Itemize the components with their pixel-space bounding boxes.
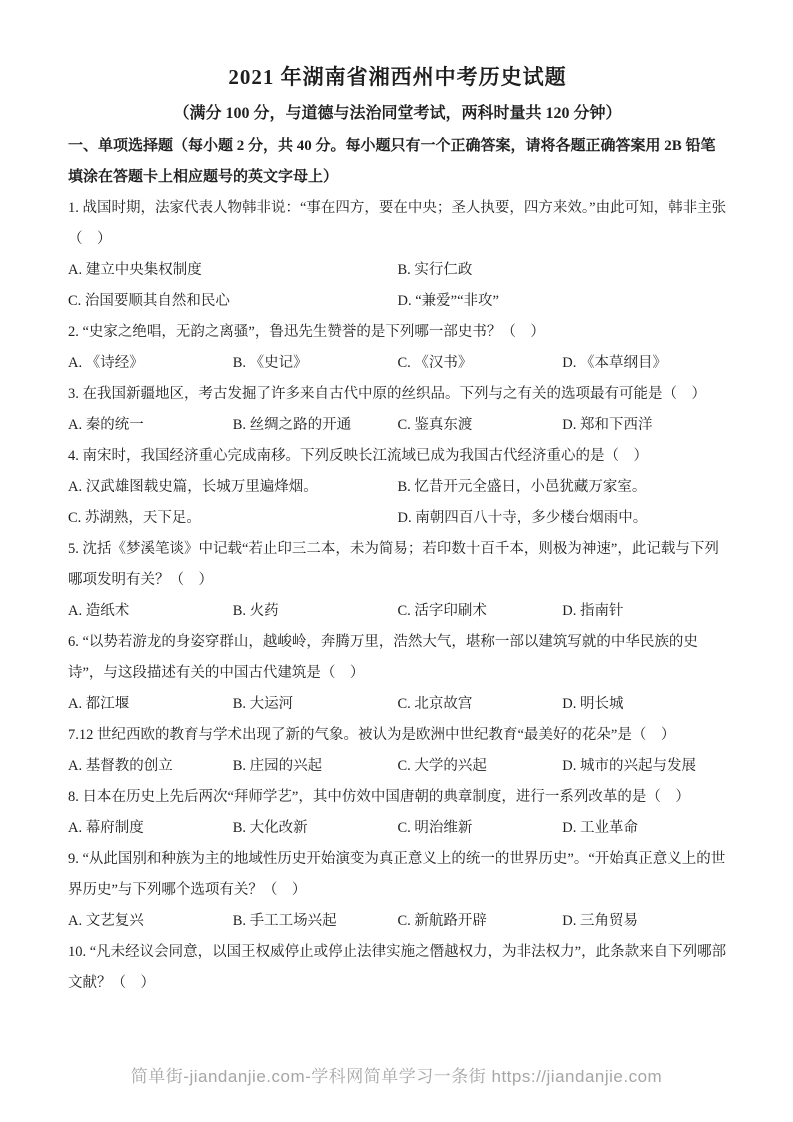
- question-9-option-b: B. 手工工场兴起: [233, 906, 398, 937]
- question-4-options: A. 汉武雄图载史篇，长城万里遍烽烟。 B. 忆昔开元全盛日，小邑犹藏万家室。 …: [68, 472, 727, 534]
- question-6-text: 6. “以势若游龙的身姿穿群山，越峻岭，奔腾万里，浩然大气，堪称一部以建筑写就的…: [68, 627, 727, 689]
- question-1-options: A. 建立中央集权制度 B. 实行仁政 C. 治国要顺其自然和民心 D. “兼爱…: [68, 255, 727, 317]
- question-10-text: 10. “凡未经议会同意，以国王权威停止或停止法律实施之僭越权力，为非法权力”，…: [68, 937, 727, 999]
- question-3-option-a: A. 秦的统一: [68, 410, 233, 441]
- question-2-option-a: A. 《诗经》: [68, 348, 233, 379]
- question-8-option-b: B. 大化改新: [233, 813, 398, 844]
- question-5-text: 5. 沈括《梦溪笔谈》中记载“若止印三二本，未为简易；若印数十百千本，则极为神速…: [68, 534, 727, 596]
- question-1-option-a: A. 建立中央集权制度: [68, 255, 398, 286]
- question-6-option-b: B. 大运河: [233, 689, 398, 720]
- question-3-options: A. 秦的统一 B. 丝绸之路的开通 C. 鉴真东渡 D. 郑和下西洋: [68, 410, 727, 441]
- question-3-text: 3. 在我国新疆地区，考古发掘了许多来自古代中原的丝织品。下列与之有关的选项最有…: [68, 379, 727, 410]
- question-2-option-d: D. 《本草纲目》: [562, 348, 727, 379]
- question-7: 7.12 世纪西欧的教育与学术出现了新的气象。被认为是欧洲中世纪教育“最美好的花…: [68, 720, 727, 782]
- question-8-option-d: D. 工业革命: [562, 813, 727, 844]
- question-4-option-a: A. 汉武雄图载史篇，长城万里遍烽烟。: [68, 472, 398, 503]
- page-title: 2021 年湖南省湘西州中考历史试题: [68, 62, 727, 92]
- question-6-option-c: C. 北京故宫: [398, 689, 563, 720]
- exam-subtitle: （满分 100 分，与道德与法治同堂考试，两科时量共 120 分钟）: [68, 98, 727, 129]
- question-4-option-d: D. 南朝四百八十寺，多少楼台烟雨中。: [398, 503, 728, 534]
- question-6-option-d: D. 明长城: [562, 689, 727, 720]
- question-9-options: A. 文艺复兴 B. 手工工场兴起 C. 新航路开辟 D. 三角贸易: [68, 906, 727, 937]
- question-1-option-c: C. 治国要顺其自然和民心: [68, 286, 398, 317]
- question-4-option-b: B. 忆昔开元全盛日，小邑犹藏万家室。: [398, 472, 728, 503]
- question-3-option-d: D. 郑和下西洋: [562, 410, 727, 441]
- question-5: 5. 沈括《梦溪笔谈》中记载“若止印三二本，未为简易；若印数十百千本，则极为神速…: [68, 534, 727, 627]
- question-7-text: 7.12 世纪西欧的教育与学术出现了新的气象。被认为是欧洲中世纪教育“最美好的花…: [68, 720, 727, 751]
- question-2-options: A. 《诗经》 B. 《史记》 C. 《汉书》 D. 《本草纲目》: [68, 348, 727, 379]
- question-4-option-c: C. 苏湖熟，天下足。: [68, 503, 398, 534]
- question-9-option-d: D. 三角贸易: [562, 906, 727, 937]
- question-4: 4. 南宋时，我国经济重心完成南移。下列反映长江流域已成为我国古代经济重心的是（…: [68, 441, 727, 534]
- exam-paper-page: 2021 年湖南省湘西州中考历史试题 （满分 100 分，与道德与法治同堂考试，…: [0, 0, 793, 1122]
- question-8-option-a: A. 幕府制度: [68, 813, 233, 844]
- question-6: 6. “以势若游龙的身姿穿群山，越峻岭，奔腾万里，浩然大气，堪称一部以建筑写就的…: [68, 627, 727, 720]
- question-8-text: 8. 日本在历史上先后两次“拜师学艺”，其中仿效中国唐朝的典章制度，进行一系列改…: [68, 782, 727, 813]
- question-1-option-d: D. “兼爱”“非攻”: [398, 286, 728, 317]
- section-heading: 一、单项选择题（每小题 2 分，共 40 分。每小题只有一个正确答案，请将各题正…: [68, 131, 727, 193]
- question-3-option-c: C. 鉴真东渡: [398, 410, 563, 441]
- question-2-option-c: C. 《汉书》: [398, 348, 563, 379]
- question-8-options: A. 幕府制度 B. 大化改新 C. 明治维新 D. 工业革命: [68, 813, 727, 844]
- watermark-footer: 简单街-jiandanjie.com-学科网简单学习一条街 https://ji…: [0, 1062, 793, 1087]
- question-5-options: A. 造纸术 B. 火药 C. 活字印刷术 D. 指南针: [68, 596, 727, 627]
- question-3-option-b: B. 丝绸之路的开通: [233, 410, 398, 441]
- question-7-option-c: C. 大学的兴起: [398, 751, 563, 782]
- question-1-text: 1. 战国时期，法家代表人物韩非说：“事在四方，要在中央；圣人执要，四方来效。”…: [68, 193, 727, 255]
- page-content: 2021 年湖南省湘西州中考历史试题 （满分 100 分，与道德与法治同堂考试，…: [68, 62, 727, 999]
- question-1: 1. 战国时期，法家代表人物韩非说：“事在四方，要在中央；圣人执要，四方来效。”…: [68, 193, 727, 317]
- question-7-options: A. 基督教的创立 B. 庄园的兴起 C. 大学的兴起 D. 城市的兴起与发展: [68, 751, 727, 782]
- question-9-option-a: A. 文艺复兴: [68, 906, 233, 937]
- question-2-option-b: B. 《史记》: [233, 348, 398, 379]
- question-5-option-a: A. 造纸术: [68, 596, 233, 627]
- question-7-option-b: B. 庄园的兴起: [233, 751, 398, 782]
- question-5-option-d: D. 指南针: [562, 596, 727, 627]
- question-5-option-c: C. 活字印刷术: [398, 596, 563, 627]
- question-9-text: 9. “从此国别和种族为主的地域性历史开始演变为真正意义上的统一的世界历史”。“…: [68, 844, 727, 906]
- question-8: 8. 日本在历史上先后两次“拜师学艺”，其中仿效中国唐朝的典章制度，进行一系列改…: [68, 782, 727, 844]
- question-2-text: 2. “史家之绝唱，无韵之离骚”，鲁迅先生赞誉的是下列哪一部史书？（ ）: [68, 317, 727, 348]
- question-7-option-a: A. 基督教的创立: [68, 751, 233, 782]
- question-9-option-c: C. 新航路开辟: [398, 906, 563, 937]
- question-10: 10. “凡未经议会同意，以国王权威停止或停止法律实施之僭越权力，为非法权力”，…: [68, 937, 727, 999]
- question-6-option-a: A. 都江堰: [68, 689, 233, 720]
- question-8-option-c: C. 明治维新: [398, 813, 563, 844]
- question-6-options: A. 都江堰 B. 大运河 C. 北京故宫 D. 明长城: [68, 689, 727, 720]
- question-1-option-b: B. 实行仁政: [398, 255, 728, 286]
- question-3: 3. 在我国新疆地区，考古发掘了许多来自古代中原的丝织品。下列与之有关的选项最有…: [68, 379, 727, 441]
- question-9: 9. “从此国别和种族为主的地域性历史开始演变为真正意义上的统一的世界历史”。“…: [68, 844, 727, 937]
- question-7-option-d: D. 城市的兴起与发展: [562, 751, 727, 782]
- question-5-option-b: B. 火药: [233, 596, 398, 627]
- question-2: 2. “史家之绝唱，无韵之离骚”，鲁迅先生赞誉的是下列哪一部史书？（ ） A. …: [68, 317, 727, 379]
- question-4-text: 4. 南宋时，我国经济重心完成南移。下列反映长江流域已成为我国古代经济重心的是（…: [68, 441, 727, 472]
